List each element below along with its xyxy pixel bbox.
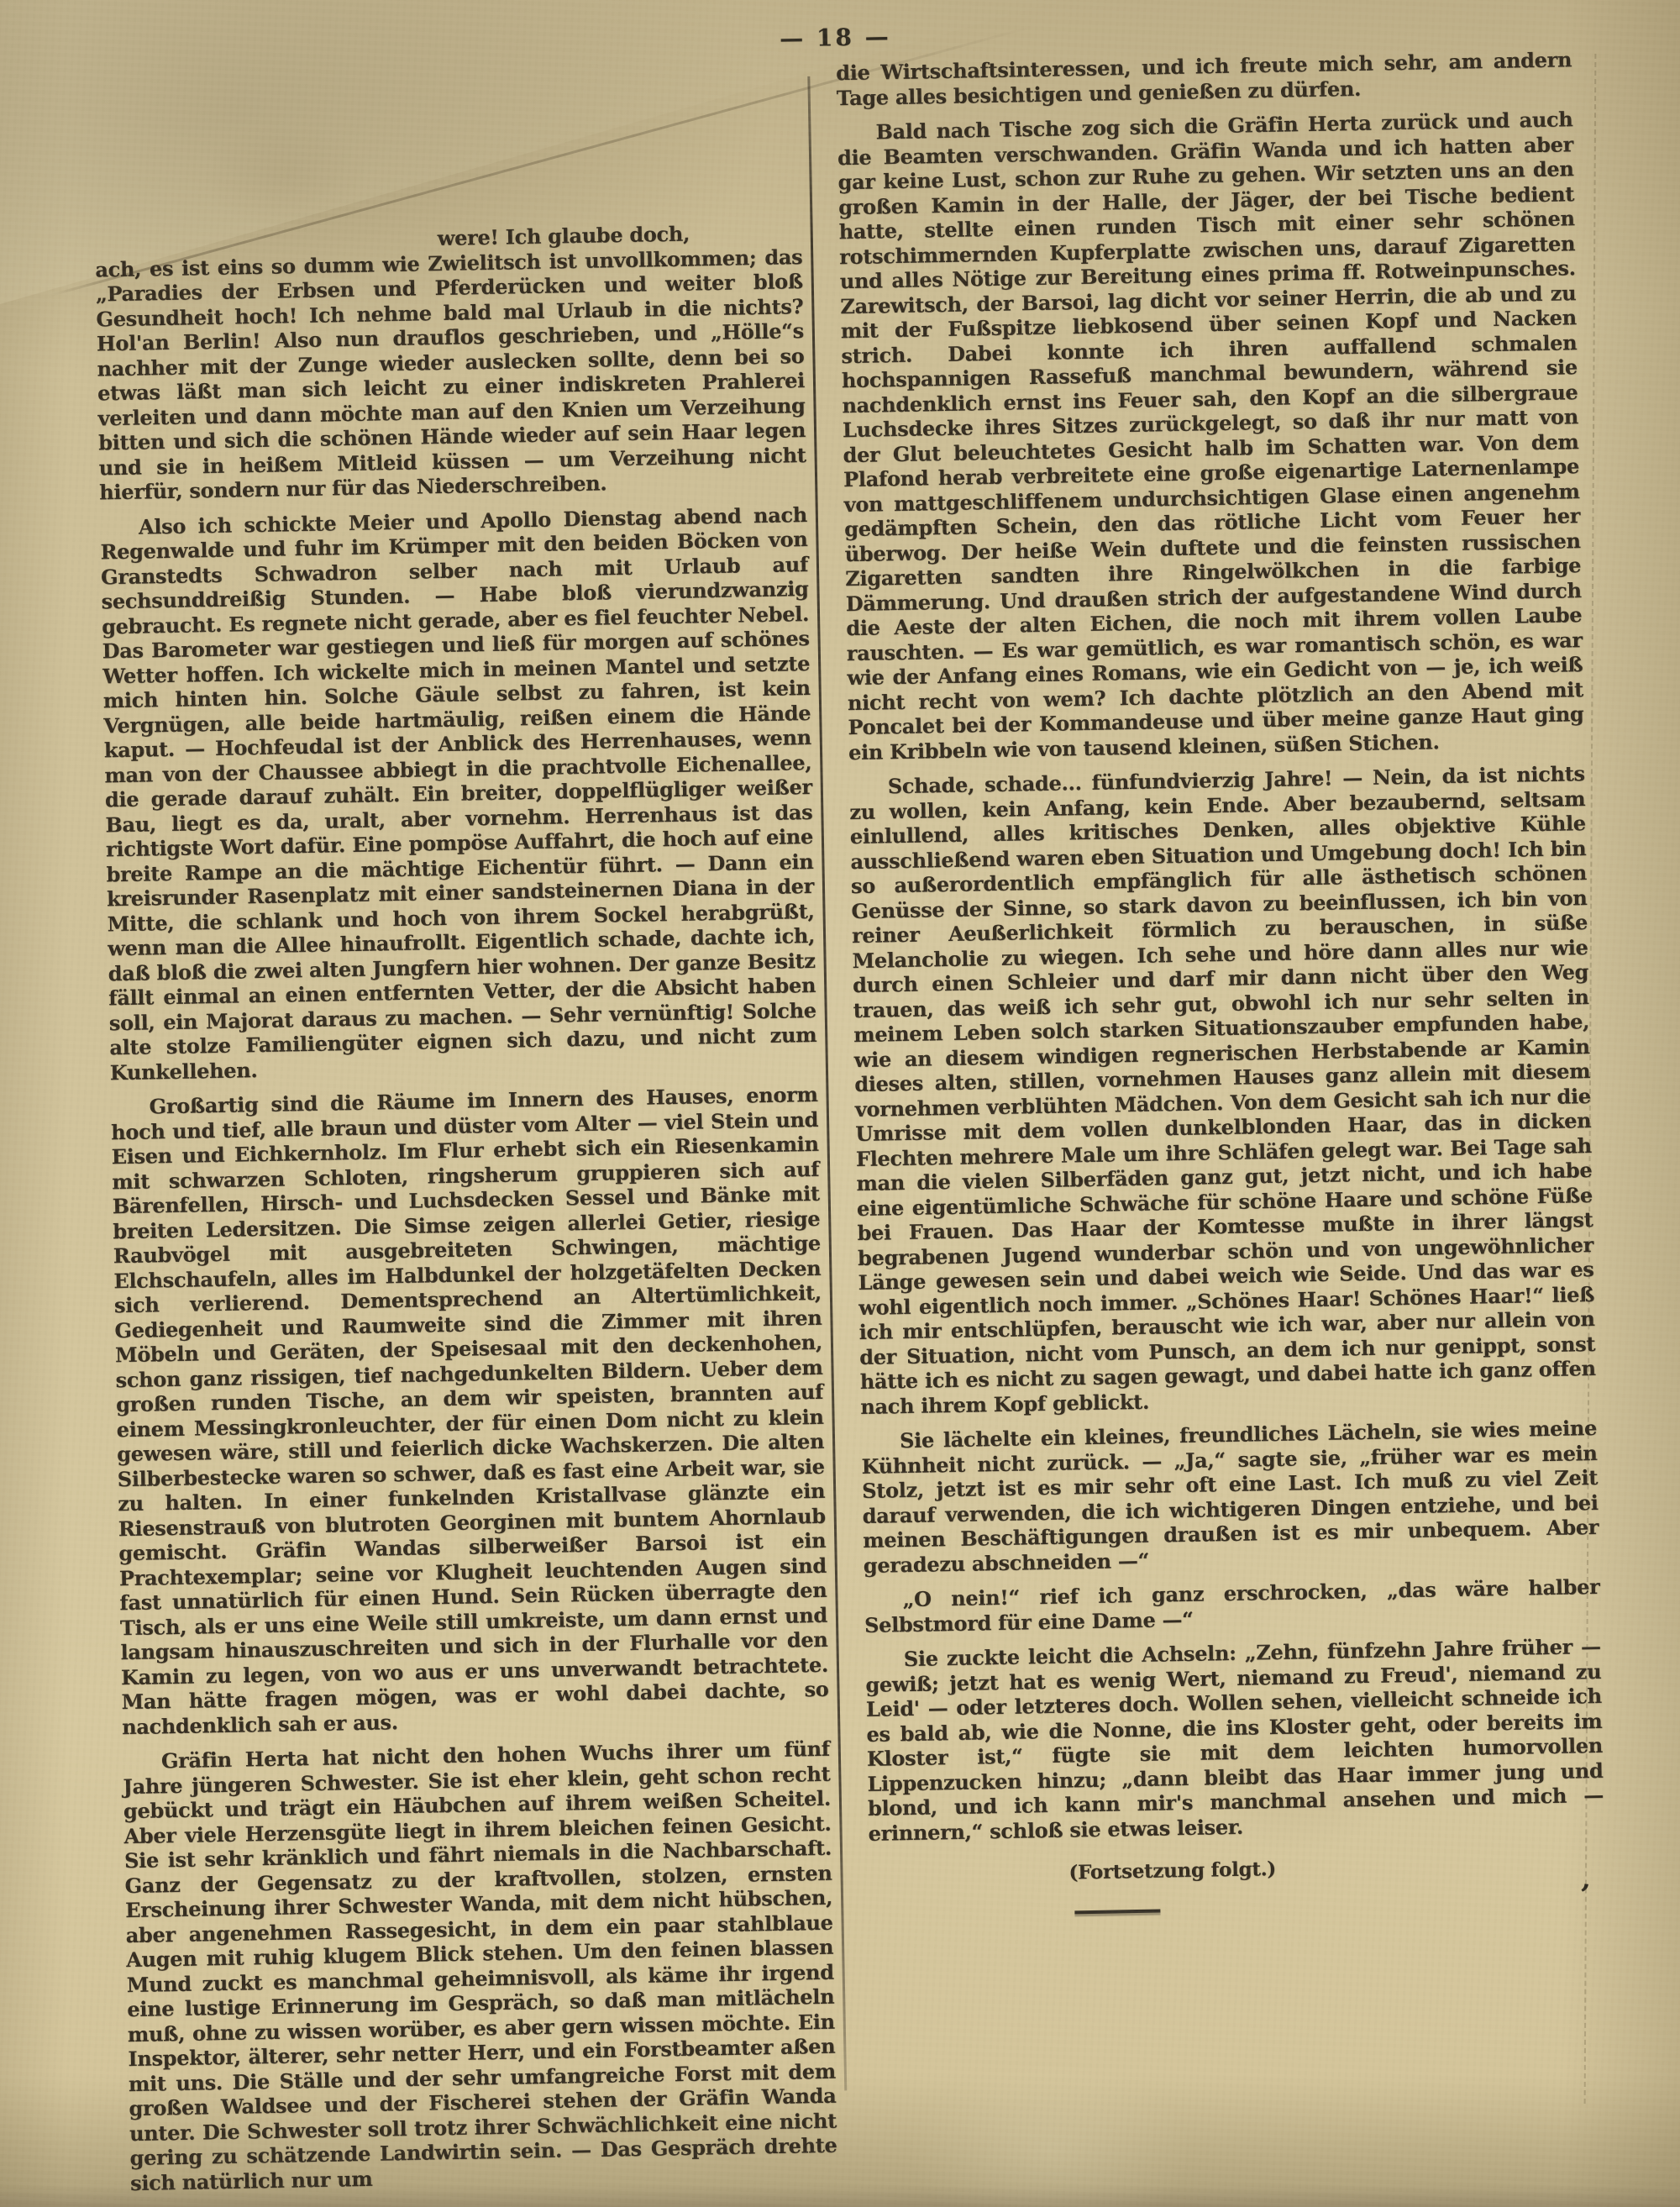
paragraph: Gräfin Herta hat nicht den hohen Wuchs i… bbox=[123, 1737, 838, 2195]
paragraph: Schade, schade... fünfundvierzig Jahre! … bbox=[849, 761, 1597, 1419]
left-column: were! Ich glaube doch,ach, es ist eins s… bbox=[95, 219, 838, 2205]
paragraph: die Wirtschaftsinteressen, und ich freut… bbox=[836, 47, 1572, 110]
scanned-newspaper-page: — 18 — were! Ich glaube doch,ach, es ist… bbox=[0, 0, 1680, 2207]
right-column: die Wirtschaftsinteressen, und ich freut… bbox=[836, 47, 1605, 1917]
end-of-installment-rule bbox=[1074, 1909, 1160, 1914]
paragraph: Sie zuckte leicht die Achseln: „Zehn, fü… bbox=[865, 1634, 1604, 1846]
paragraph: Also ich schickte Meier und Apollo Diens… bbox=[100, 502, 817, 1085]
paragraph-body: ach, es ist eins so dumm wie Zwielitsch … bbox=[95, 244, 806, 505]
paragraph: „O nein!“ rief ich ganz erschrocken, „da… bbox=[864, 1574, 1600, 1637]
paragraph: were! Ich glaube doch,ach, es ist eins s… bbox=[95, 219, 807, 505]
paragraph: Sie lächelte ein kleines, freundliches L… bbox=[861, 1416, 1599, 1578]
paragraph: Großartig sind die Räume im Innern des H… bbox=[110, 1082, 829, 1739]
continuation-note: (Fortsetzung folgt.) bbox=[1068, 1851, 1604, 1885]
paragraph: Bald nach Tische zog sich die Gräfin Her… bbox=[837, 107, 1584, 765]
page-content: — 18 — were! Ich glaube doch,ach, es ist… bbox=[91, 10, 1619, 2188]
